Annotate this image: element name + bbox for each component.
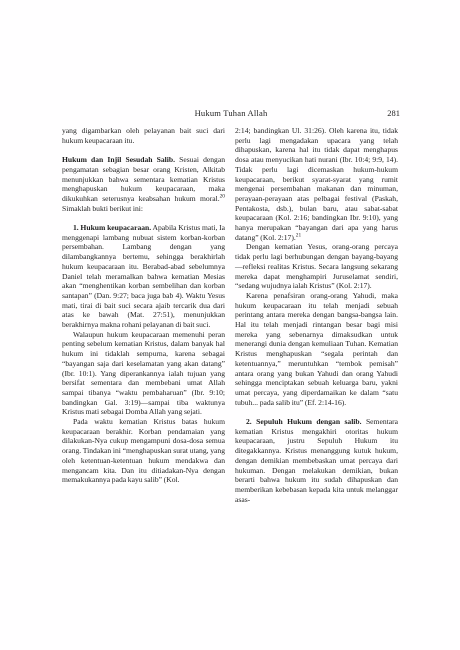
paragraph: 2:14; bandingkan Ul. 31:26). Oleh karena…: [235, 126, 398, 242]
page-header: Hukum Tuhan Allah 281: [62, 107, 400, 120]
paragraph: Karena penafsiran orang-orang Yahudi, ma…: [235, 291, 398, 407]
paragraph: 1. Hukum keupacaraan. Apabila Kristus ma…: [62, 223, 225, 330]
right-column: 2:14; bandingkan Ul. 31:26). Oleh karena…: [235, 126, 398, 504]
footnote-ref: 20: [220, 193, 225, 199]
paragraph: 2. Sepuluh Hukum dengan salib. Sementara…: [235, 417, 398, 504]
left-column: yang digambarkan oleh pelayanan bait suc…: [62, 126, 225, 504]
paragraph: yang digambarkan oleh pelayanan bait suc…: [62, 126, 225, 145]
page-number: 281: [387, 107, 400, 120]
book-page: Hukum Tuhan Allah 281 yang digambarkan o…: [0, 0, 460, 650]
paragraph: Pada waktu kematian Kristus batas hukum …: [62, 417, 225, 485]
paragraph: Dengan kematian Yesus, orang-orang perca…: [235, 242, 398, 291]
footnote-ref: 21: [296, 232, 301, 238]
running-title: Hukum Tuhan Allah: [62, 107, 400, 120]
page-body: yang digambarkan oleh pelayanan bait suc…: [62, 126, 398, 504]
paragraph-lead: 2. Sepuluh Hukum dengan salib.: [246, 417, 362, 426]
paragraph: Hukum dan Injil Sesudah Salib. Sesuai de…: [62, 155, 225, 213]
paragraph-lead: Hukum dan Injil Sesudah Salib.: [62, 155, 175, 164]
paragraph-lead: 1. Hukum keupacaraan.: [73, 223, 151, 232]
paragraph: Walaupun hukum keupacaraan memenuhi pera…: [62, 330, 225, 417]
